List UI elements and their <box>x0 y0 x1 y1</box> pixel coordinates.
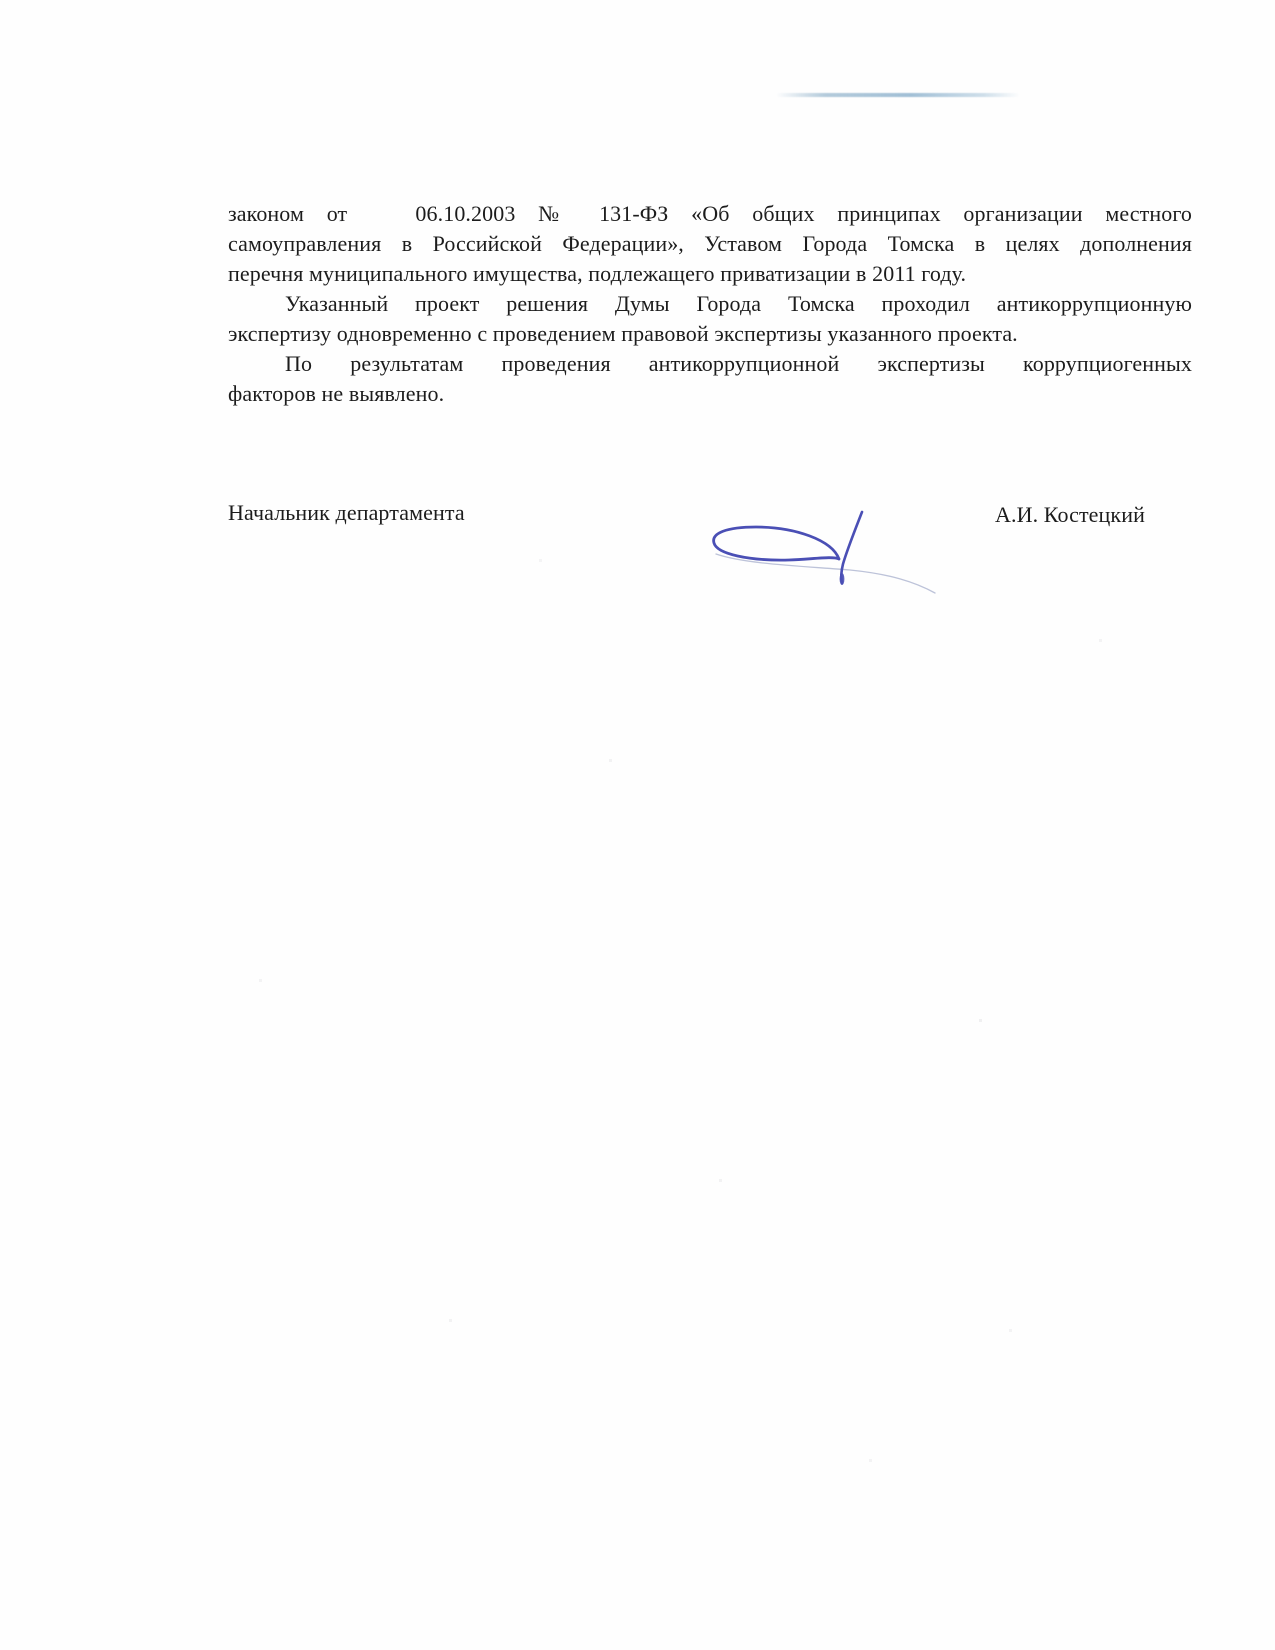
body-text: законом от 06.10.2003 № 131-ФЗ «Об общих… <box>228 199 1192 409</box>
text-line: факторов не выявлено. <box>228 379 1192 409</box>
text-line: экспертизу одновременно с проведением пр… <box>228 319 1192 349</box>
text-line: перечня муниципального имущества, подлеж… <box>228 259 1192 289</box>
signatory-position-title: Начальник департамента <box>228 498 465 528</box>
signatory-name: А.И. Костецкий <box>995 500 1145 530</box>
document-page: законом от 06.10.2003 № 131-ФЗ «Об общих… <box>0 0 1275 1650</box>
scan-artifact-streak <box>776 93 1020 97</box>
text-line: По результатам проведения антикоррупцион… <box>228 349 1192 379</box>
handwritten-signature <box>650 470 1050 610</box>
scan-noise <box>0 0 1 1</box>
text-line: самоуправления в Российской Федерации», … <box>228 229 1192 259</box>
signature-ink-blob <box>840 573 845 585</box>
text-line: Указанный проект решения Думы Города Том… <box>228 289 1192 319</box>
signature-flourish-stroke <box>841 512 862 583</box>
signature-tail-stroke <box>716 554 935 593</box>
text-line: законом от 06.10.2003 № 131-ФЗ «Об общих… <box>228 199 1192 229</box>
signature-loop-stroke <box>714 527 839 560</box>
